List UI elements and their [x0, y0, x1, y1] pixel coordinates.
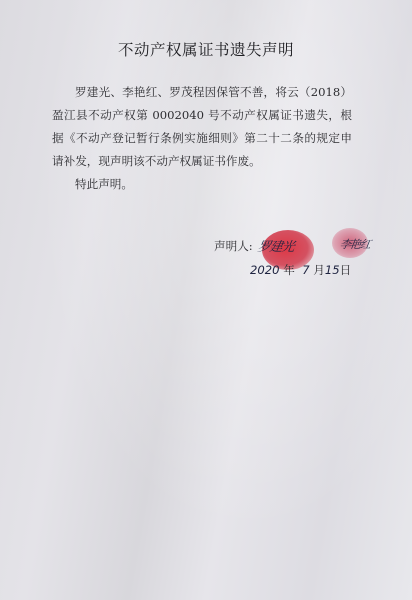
- date-month-suffix: 月: [313, 263, 325, 277]
- date-month: 7: [302, 263, 309, 277]
- handwritten-signature-2: 李艳红: [339, 236, 371, 252]
- date-day: 15: [325, 263, 340, 277]
- declarant-label: 声明人:: [214, 238, 253, 254]
- handwritten-signature-1: 罗建光: [256, 236, 295, 255]
- date-year-suffix: 年: [283, 263, 295, 277]
- signature-date: 2020 年 7 月15日: [250, 262, 351, 278]
- declaration-paragraph: 罗建光、李艳红、罗茂程因保管不善，将云（2018）盈江县不动产权第 000204…: [52, 81, 352, 173]
- declaration-body: 罗建光、李艳红、罗茂程因保管不善，将云（2018）盈江县不动产权第 000204…: [52, 81, 352, 196]
- document-title: 不动产权属证书遗失声明: [0, 38, 412, 60]
- signature-block: 声明人: 罗建光 李艳红 2020 年 7 月15日: [210, 228, 400, 288]
- date-year: 2020: [250, 263, 280, 277]
- closing-statement: 特此声明。: [52, 173, 352, 196]
- date-day-suffix: 日: [340, 263, 352, 277]
